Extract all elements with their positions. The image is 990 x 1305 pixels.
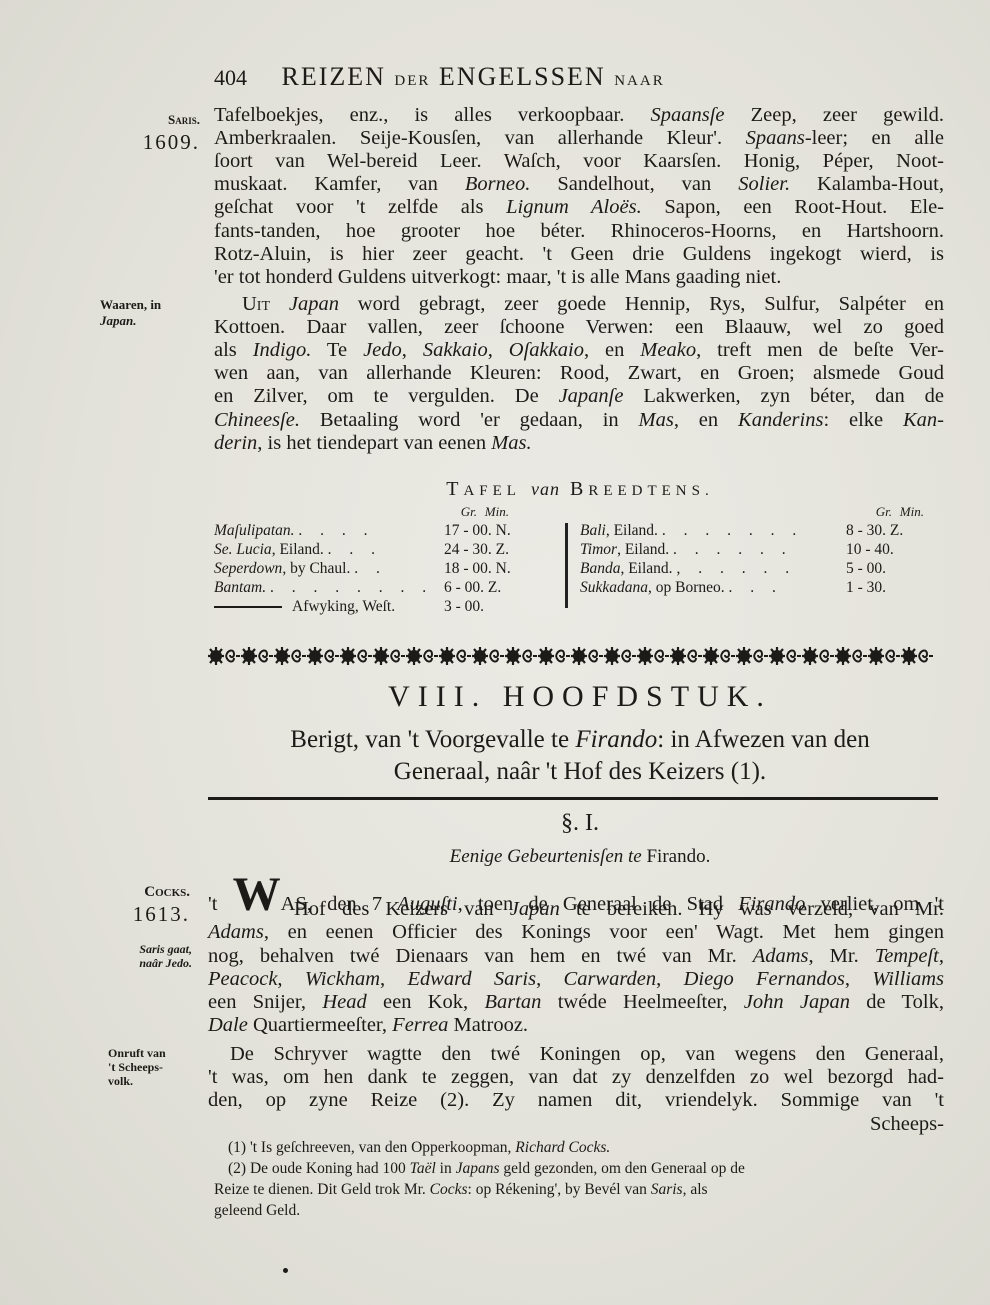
margin-note-waaren-line1: Waaren, in <box>100 297 200 313</box>
text-line: 't was, om hen dank te zeggen, van dat z… <box>208 1066 944 1089</box>
text-line: ſoort van Wel-bereid Leer. Waſch, voor K… <box>214 150 944 173</box>
text-line: geleend Geld. <box>214 1200 944 1221</box>
text-line: Peacock, Wickham, Edward Saris, Carwarde… <box>208 968 944 991</box>
text-line: Hof des Keizers van Japan te bereiken. H… <box>294 898 944 921</box>
ornamental-border <box>208 643 938 669</box>
margin-note-cocks: Cocks. 1613. <box>100 884 190 922</box>
running-title-engelssen: ENGELSSEN <box>439 62 606 91</box>
margin-note-onrust-line2: 't Scheeps- <box>108 1060 198 1074</box>
margin-note-cocks-year: 1613. <box>100 906 190 922</box>
text-line: Kottoen. Daar vallen, zeer ſchoone Verwe… <box>214 316 944 339</box>
latitude-value: 18 - 00. N. <box>444 559 554 578</box>
header-min: Min. <box>485 502 509 521</box>
chapter-subtitle-firando: Firando <box>575 726 657 753</box>
margin-note-saris-gaat: Saris gaat, naâr Jedo. <box>100 942 192 970</box>
table-header-left: Gr. Min. <box>214 502 554 521</box>
place-name: Maſulipatan. . . . . <box>214 521 444 540</box>
text-line: Rotz-Aluin, is hier zeer geacht. 't Geen… <box>214 243 944 266</box>
afwyking-label: Afwyking, Weſt. <box>292 597 440 616</box>
table-title-b: B <box>570 478 588 500</box>
dash-rule <box>214 606 282 608</box>
margin-note-saris-name: Saris. <box>110 112 200 128</box>
place-name: Banda, Eiland. , . . . . . <box>580 559 846 578</box>
text-line: Chineesſe. Betaaling word 'er gedaan, in… <box>214 409 944 432</box>
chapter-rule <box>208 797 938 800</box>
table-title-afel: AFEL <box>463 483 521 499</box>
chapter-subtitle-part-a: Berigt, van 't Voorgevalle te <box>290 726 575 753</box>
running-title-reizen: REIZEN <box>282 62 386 91</box>
place-name: Bali, Eiland. . . . . . . . <box>580 521 846 540</box>
table-row: Seperdown, by Chaul. . .18 - 00. N. <box>214 559 554 578</box>
table-header-right: Gr. Min. <box>580 502 946 521</box>
margin-note-saris-gaat-line2: naâr Jedo. <box>100 956 192 970</box>
text-line: een Snijer, Head een Kok, Bartan twéde H… <box>208 991 944 1014</box>
text-line: Amberkraalen. Seije-Kousſen, van allerha… <box>214 127 944 150</box>
header-min: Min. <box>900 502 924 521</box>
latitude-value: 17 - 00. N. <box>444 521 554 540</box>
text-line: Uit Japan word gebragt, zeer goede Henni… <box>242 293 944 316</box>
running-title-naar: NAAR <box>614 73 665 89</box>
catchword: Scheeps- <box>700 1113 944 1136</box>
latitude-value: 6 - 00. Z. <box>444 578 554 597</box>
text-line: Dale Quartiermeeſter, Ferrea Matrooz. <box>208 1014 944 1037</box>
margin-note-saris-year: 1609. <box>110 134 200 150</box>
chapter-subtitle-part-c: : in Afwezen van den <box>657 726 869 753</box>
text-line: Tafelboekjes, enz., is alles verkoopbaar… <box>214 104 944 127</box>
table-title-reedtens: REEDTENS. <box>588 483 713 499</box>
margin-note-saris-gaat-line1: Saris gaat, <box>100 942 192 956</box>
section-mark: §. I. <box>200 810 960 837</box>
text-line: wen aan, van allerhande Kleuren: Rood, Z… <box>214 362 944 385</box>
text-line: nog, behalven twé Dienaars van hem en tw… <box>208 945 944 968</box>
table-title: TAFEL van BREEDTENS. <box>200 478 960 501</box>
latitude-table-right: Gr. Min. Bali, Eiland. . . . . . . .8 - … <box>580 502 946 597</box>
place-name: Se. Lucia, Eiland. . . . <box>214 540 444 559</box>
text-line: geſchat voor 't zelfde als Lignum Aloës.… <box>214 196 944 219</box>
text-line: (2) De oude Koning had 100 Taël in Japan… <box>228 1158 944 1179</box>
running-title-der: DER <box>394 73 430 89</box>
margin-note-waaren: Waaren, in Japan. <box>100 297 200 329</box>
place-name: Sukkadana, op Borneo. . . . <box>580 578 846 597</box>
margin-note-cocks-name: Cocks. <box>100 884 190 900</box>
margin-note-onrust-line3: volk. <box>108 1074 198 1088</box>
text-line: fants-tanden, hoe grooter hoe béter. Rhi… <box>214 220 944 243</box>
ornament-icon <box>208 643 938 669</box>
text-line: derin, is het tiendepart van eenen Mas. <box>214 432 944 455</box>
table-row: Bali, Eiland. . . . . . . .8 - 30. Z. <box>580 521 946 540</box>
section-title-italic: Eenige Gebeurtenisſen te <box>450 846 642 867</box>
running-head: 404 REIZEN DER ENGELSSEN NAAR <box>214 62 854 92</box>
table-divider <box>565 523 568 608</box>
header-gr: Gr. <box>876 502 892 521</box>
table-row: Se. Lucia, Eiland. . . .24 - 30. Z. <box>214 540 554 559</box>
place-name: Bantam. . . . . . . . . <box>214 578 444 597</box>
text-line: Adams, en eenen Officier des Konings voo… <box>208 921 944 944</box>
table-title-van: van <box>531 479 560 499</box>
table-row: Timor, Eiland. . . . . . .10 - 40. <box>580 540 946 559</box>
section-title: Eenige Gebeurtenisſen te Firando. <box>200 846 960 868</box>
text-line: als Indigo. Te Jedo, Sakkaio, Oſakkaio, … <box>214 339 944 362</box>
table-row: Banda, Eiland. , . . . . .5 - 00. <box>580 559 946 578</box>
latitude-table-left: Gr. Min. Maſulipatan. . . . .17 - 00. N.… <box>214 502 554 616</box>
text-line: den, op zyne Reize (2). Zy namen dit, vr… <box>208 1089 944 1112</box>
text-line: De Schryver wagtte den twé Koningen op, … <box>230 1043 944 1066</box>
chapter-subtitle-line1: Berigt, van 't Voorgevalle te Firando: i… <box>200 724 960 756</box>
margin-note-onrust: Onruft van 't Scheeps- volk. <box>108 1046 198 1088</box>
table-row: Bantam. . . . . . . . .6 - 00. Z. <box>214 578 554 597</box>
latitude-value: 1 - 30. <box>846 578 946 597</box>
place-name: Timor, Eiland. . . . . . . <box>580 540 846 559</box>
margin-note-waaren-line2: Japan. <box>100 313 200 329</box>
margin-note-onrust-line1: Onruft van <box>108 1046 198 1060</box>
drop-cap: W <box>233 868 281 921</box>
place-name: Seperdown, by Chaul. . . <box>214 559 444 578</box>
table-row-afwyking: Afwyking, Weſt. 3 - 00. <box>214 597 554 616</box>
header-gr: Gr. <box>461 502 477 521</box>
table-row: Sukkadana, op Borneo. . . .1 - 30. <box>580 578 946 597</box>
section-title-roman: Firando. <box>642 846 711 867</box>
ink-speck <box>283 1268 288 1273</box>
chapter-subtitle-line2: Generaal, naâr 't Hof des Keizers (1). <box>200 756 960 788</box>
margin-note-saris: Saris. 1609. <box>110 112 200 150</box>
afwyking-value: 3 - 00. <box>440 597 554 616</box>
text-line: 'er tot honderd Guldens uitverkogt: maar… <box>214 266 944 289</box>
text-line: en Zilver, om te vergulden. De Japanſe L… <box>214 385 944 408</box>
chapter-title: VIII. HOOFDSTUK. <box>200 680 960 714</box>
text-line: (1) 't Is geſchreeven, van den Opperkoop… <box>228 1137 944 1158</box>
text-line: Reize te dienen. Dit Geld trok Mr. Cocks… <box>214 1179 944 1200</box>
latitude-value: 24 - 30. Z. <box>444 540 554 559</box>
table-row: Maſulipatan. . . . .17 - 00. N. <box>214 521 554 540</box>
text-line: muskaat. Kamfer, van Borneo. Sandelhout,… <box>214 173 944 196</box>
page-number: 404 <box>214 65 247 90</box>
latitude-value: 5 - 00. <box>846 559 946 578</box>
latitude-value: 10 - 40. <box>846 540 946 559</box>
latitude-value: 8 - 30. Z. <box>846 521 946 540</box>
book-page: 404 REIZEN DER ENGELSSEN NAAR Saris. 160… <box>0 0 990 1305</box>
table-title-t: T <box>446 478 463 500</box>
